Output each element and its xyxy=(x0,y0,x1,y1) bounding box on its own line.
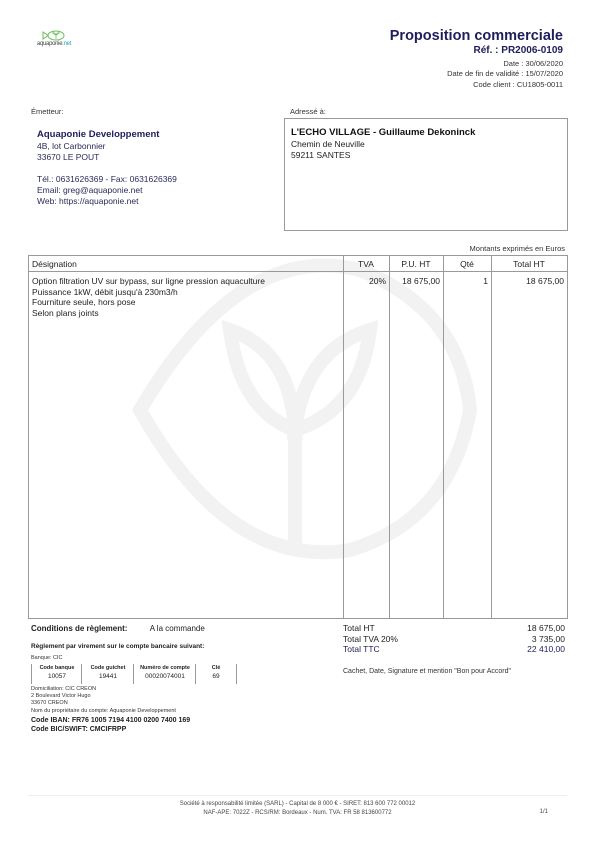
bank-code-cell: Code banque 10057 xyxy=(31,664,82,684)
header-tva: TVA xyxy=(343,259,389,269)
table-row: Option filtration UV sur bypass, sur lig… xyxy=(32,276,265,318)
payment-conditions: Conditions de règlement: A la commande xyxy=(31,624,205,633)
document-reference: Réf. : PR2006-0109 xyxy=(474,45,564,56)
emitter-email: Email: greg@aquaponie.net xyxy=(37,185,177,196)
header-pu: P.U. HT xyxy=(389,259,443,269)
iban: Code IBAN: FR76 1005 7194 4100 0200 7400… xyxy=(31,716,190,725)
emitter-address2: 33670 LE POUT xyxy=(37,152,177,163)
header-designation: Désignation xyxy=(32,259,77,269)
header-divider xyxy=(29,271,567,272)
page-number: 1/1 xyxy=(540,809,548,815)
transfer-title: Règlement par virement sur le compte ban… xyxy=(31,643,204,650)
total-ttc-label: Total TTC xyxy=(343,644,380,655)
totals-block: Total HT 18 675,00 Total TVA 20% 3 735,0… xyxy=(343,623,565,655)
bic: Code BIC/SWIFT: CMCIFRPP xyxy=(31,725,190,734)
account-number-cell: Numéro de compte 00020074001 xyxy=(133,664,196,684)
item-tva: 20% xyxy=(343,276,386,286)
key-cell: Clé 69 xyxy=(195,664,237,684)
bank-address2: 33670 CREON xyxy=(31,700,176,707)
branch-code-cell: Code guichet 19441 xyxy=(81,664,134,684)
domiciliation: Domiciliation: CIC CREON xyxy=(31,686,176,693)
account-number-value: 00020074001 xyxy=(134,672,196,682)
account-owner: Nom du propriétaire du compte: Aquaponie… xyxy=(31,708,176,715)
bank-domiciliation: Domiciliation: CIC CREON 2 Boulevard Vic… xyxy=(31,686,176,715)
total-ttc-row: Total TTC 22 410,00 xyxy=(343,644,565,655)
item-unit-price: 18 675,00 xyxy=(389,276,440,286)
item-line: Puissance 1kW, débit jusqu'à 230m3/h xyxy=(32,287,265,298)
item-total: 18 675,00 xyxy=(491,276,564,286)
col-divider xyxy=(443,256,444,618)
col-divider xyxy=(491,256,492,618)
fish-sprout-icon xyxy=(41,30,67,41)
bank-codes: Code IBAN: FR76 1005 7194 4100 0200 7400… xyxy=(31,716,190,734)
recipient-name: L'ECHO VILLAGE - Guillaume Dekoninck xyxy=(291,127,561,138)
col-divider xyxy=(389,256,390,618)
total-ht-label: Total HT xyxy=(343,623,375,634)
signature-note: Cachet, Date, Signature et mention "Bon … xyxy=(343,668,511,675)
recipient-box: L'ECHO VILLAGE - Guillaume Dekoninck Che… xyxy=(284,118,568,231)
account-number-header: Numéro de compte xyxy=(134,664,196,672)
currency-note: Montants exprimés en Euros xyxy=(470,244,565,253)
client-code: Code client : CU1805-0011 xyxy=(473,80,563,89)
bank-code-header: Code banque xyxy=(32,664,82,672)
recipient-address1: Chemin de Neuville xyxy=(291,139,561,150)
brand-name: aquaponie.net xyxy=(30,41,78,47)
line-items-table: Désignation TVA P.U. HT Qté Total HT Opt… xyxy=(28,255,568,619)
header-total: Total HT xyxy=(491,259,567,269)
emitter-label: Émetteur: xyxy=(31,107,64,116)
emitter-web: Web: https://aquaponie.net xyxy=(37,196,177,207)
document-title: Proposition commerciale xyxy=(390,28,563,44)
branch-code-value: 19441 xyxy=(82,672,134,682)
key-header: Clé xyxy=(196,664,236,672)
total-tva-label: Total TVA 20% xyxy=(343,634,398,645)
document-date: Date : 30/06/2020 xyxy=(503,59,563,68)
legal-footer: Société à responsabilité limitée (SARL) … xyxy=(0,800,595,818)
conditions-value: A la commande xyxy=(150,624,205,633)
col-divider xyxy=(343,256,344,618)
company-logo: aquaponie.net xyxy=(30,30,78,54)
conditions-label: Conditions de règlement: xyxy=(31,624,127,633)
branch-code-header: Code guichet xyxy=(82,664,134,672)
item-quantity: 1 xyxy=(443,276,488,286)
emitter-address1: 4B, lot Carbonnier xyxy=(37,141,177,152)
item-line: Fourniture seule, hors pose xyxy=(32,297,265,308)
item-line: Option filtration UV sur bypass, sur lig… xyxy=(32,276,265,287)
footer-line1: Société à responsabilité limitée (SARL) … xyxy=(0,800,595,809)
footer-divider xyxy=(28,795,567,796)
total-ttc-value: 22 410,00 xyxy=(527,644,565,655)
total-tva-row: Total TVA 20% 3 735,00 xyxy=(343,634,565,645)
bank-name: Banque: CIC xyxy=(31,655,63,661)
total-ht-value: 18 675,00 xyxy=(527,623,565,634)
emitter-name: Aquaponie Developpement xyxy=(37,129,177,140)
emitter-block: Aquaponie Developpement 4B, lot Carbonni… xyxy=(37,129,177,207)
total-tva-value: 3 735,00 xyxy=(532,634,565,645)
emitter-phone: Tél.: 0631626369 - Fax: 0631626369 xyxy=(37,174,177,185)
footer-line2: NAF-APE: 7022Z - RCS/RM: Bordeaux - Num.… xyxy=(0,809,595,818)
header-qty: Qté xyxy=(443,259,491,269)
bank-code-value: 10057 xyxy=(32,672,82,682)
recipient-address2: 59211 SANTES xyxy=(291,150,561,161)
key-value: 69 xyxy=(196,672,236,682)
validity-date: Date de fin de validité : 15/07/2020 xyxy=(447,69,563,78)
item-line: Selon plans joints xyxy=(32,308,265,319)
bank-address1: 2 Boulevard Victor Hugo xyxy=(31,693,176,700)
total-ht-row: Total HT 18 675,00 xyxy=(343,623,565,634)
recipient-label: Adressé à: xyxy=(290,107,326,116)
